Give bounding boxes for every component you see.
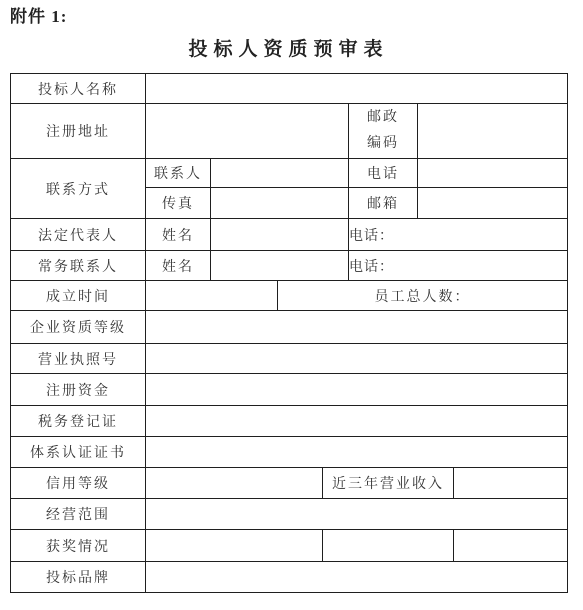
label-business-scope: 经营范围 xyxy=(11,499,146,530)
input-awards-1[interactable] xyxy=(146,530,323,562)
input-registered-address[interactable] xyxy=(146,104,349,159)
row-enterprise-qualification: 企业资质等级 xyxy=(11,311,568,344)
row-system-certification: 体系认证证书 xyxy=(11,437,568,468)
input-employee-total[interactable]: 员工总人数： xyxy=(278,281,568,311)
label-enterprise-qualification: 企业资质等级 xyxy=(11,311,146,344)
prequalification-table: 投标人名称 注册地址 邮政 编码 联系方式 联系人 电话 传真 xyxy=(10,73,568,593)
label-business-license: 营业执照号 xyxy=(11,344,146,374)
label-credit-rating: 信用等级 xyxy=(11,468,146,499)
input-business-license[interactable] xyxy=(146,344,568,374)
row-bidder-name: 投标人名称 xyxy=(11,74,568,104)
attachment-label: 附件 1: xyxy=(10,6,567,28)
row-bidding-brand: 投标品牌 xyxy=(11,562,568,593)
input-email[interactable] xyxy=(418,188,568,219)
input-business-scope[interactable] xyxy=(146,499,568,530)
input-enterprise-qualification[interactable] xyxy=(146,311,568,344)
label-contact-method: 联系方式 xyxy=(11,159,146,219)
label-email: 邮箱 xyxy=(349,188,418,219)
row-business-scope: 经营范围 xyxy=(11,499,568,530)
label-bidding-brand: 投标品牌 xyxy=(11,562,146,593)
input-credit-rating[interactable] xyxy=(146,468,323,499)
input-awards-3[interactable] xyxy=(454,530,568,562)
input-founding-date[interactable] xyxy=(146,281,278,311)
label-legal-representative: 法定代表人 xyxy=(11,219,146,251)
input-system-certification[interactable] xyxy=(146,437,568,468)
label-legal-rep-name: 姓名 xyxy=(146,219,211,251)
label-revenue-last-3-years: 近三年营业收入 xyxy=(323,468,454,499)
label-awards: 获奖情况 xyxy=(11,530,146,562)
row-tax-registration: 税务登记证 xyxy=(11,406,568,437)
input-fax[interactable] xyxy=(211,188,349,219)
page-title: 投标人资质预审表 xyxy=(10,38,567,61)
document-content: 附件 1: 投标人资质预审表 投标人名称 注册地址 邮政 编码 联 xyxy=(10,0,567,593)
input-bidder-name[interactable] xyxy=(146,74,568,104)
label-postal-code: 邮政 编码 xyxy=(349,104,418,159)
row-awards: 获奖情况 xyxy=(11,530,568,562)
row-founding-date: 成立时间 员工总人数： xyxy=(11,281,568,311)
label-founding-date: 成立时间 xyxy=(11,281,146,311)
row-registered-address: 注册地址 邮政 编码 xyxy=(11,104,568,159)
input-legal-rep-name[interactable] xyxy=(211,219,349,251)
row-registered-capital: 注册资金 xyxy=(11,374,568,406)
label-contact-person: 联系人 xyxy=(146,159,211,188)
label-contact-phone: 电话 xyxy=(349,159,418,188)
label-fax: 传真 xyxy=(146,188,211,219)
row-standing-contact: 常务联系人 姓名 电话： xyxy=(11,251,568,281)
input-legal-rep-phone[interactable]: 电话： xyxy=(349,219,568,251)
input-tax-registration[interactable] xyxy=(146,406,568,437)
input-awards-2[interactable] xyxy=(323,530,454,562)
input-revenue-last-3-years[interactable] xyxy=(454,468,568,499)
label-tax-registration: 税务登记证 xyxy=(11,406,146,437)
label-standing-contact: 常务联系人 xyxy=(11,251,146,281)
row-contact-person: 联系方式 联系人 电话 xyxy=(11,159,568,188)
row-credit-rating: 信用等级 近三年营业收入 xyxy=(11,468,568,499)
label-registered-capital: 注册资金 xyxy=(11,374,146,406)
document-page: 附件 1: 投标人资质预审表 投标人名称 注册地址 邮政 编码 联 xyxy=(0,0,583,610)
input-standing-contact-phone[interactable]: 电话： xyxy=(349,251,568,281)
input-postal-code[interactable] xyxy=(418,104,568,159)
input-registered-capital[interactable] xyxy=(146,374,568,406)
label-standing-contact-name: 姓名 xyxy=(146,251,211,281)
label-bidder-name: 投标人名称 xyxy=(11,74,146,104)
input-standing-contact-name[interactable] xyxy=(211,251,349,281)
input-contact-person[interactable] xyxy=(211,159,349,188)
label-registered-address: 注册地址 xyxy=(11,104,146,159)
row-business-license: 营业执照号 xyxy=(11,344,568,374)
input-bidding-brand[interactable] xyxy=(146,562,568,593)
label-system-certification: 体系认证证书 xyxy=(11,437,146,468)
row-legal-representative: 法定代表人 姓名 电话： xyxy=(11,219,568,251)
input-contact-phone[interactable] xyxy=(418,159,568,188)
